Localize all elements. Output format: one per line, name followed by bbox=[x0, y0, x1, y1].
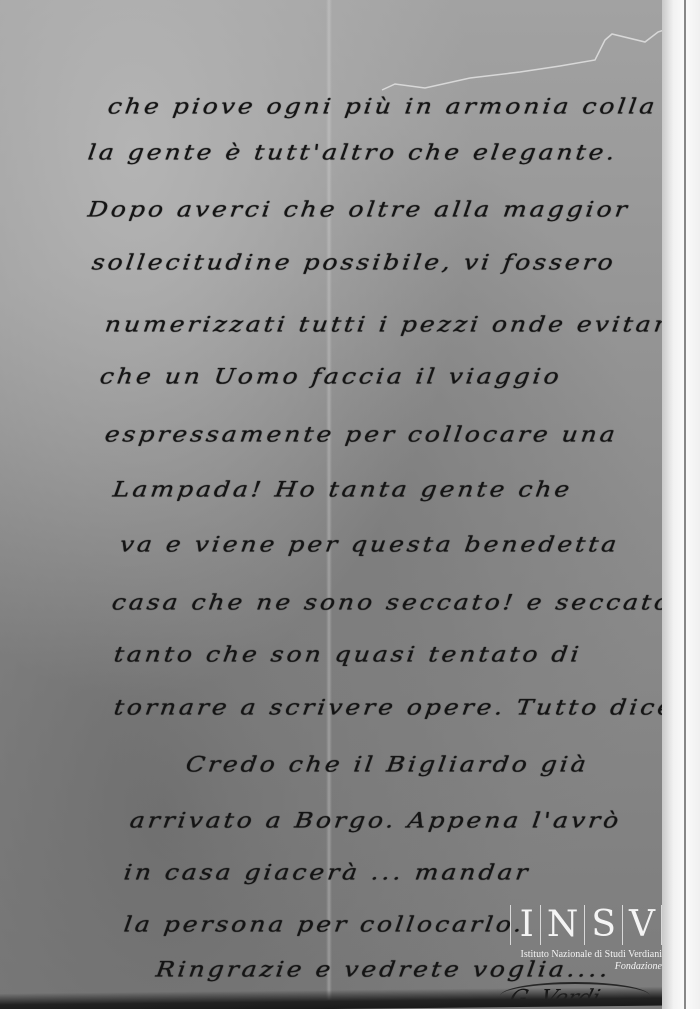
watermark-letter: N bbox=[541, 905, 586, 945]
letter-line: Credo che il Bigliardo già bbox=[184, 752, 590, 777]
letter-line: che piove ogni più in armonia colla casa… bbox=[106, 94, 700, 119]
letter-line: numerizzati tutti i pezzi onde evitare bbox=[103, 312, 688, 337]
letter-line: la gente è tutt'altro che elegante. bbox=[86, 140, 619, 165]
insv-watermark: I N S V Istituto Nazionale di Studi Verd… bbox=[510, 905, 662, 973]
letter-line: tornare a scrivere opere. Tutto dice! bbox=[112, 695, 689, 720]
watermark-subtitle: Fondazione bbox=[510, 961, 662, 972]
letter-line: che un Uomo faccia il viaggio bbox=[98, 364, 563, 389]
watermark-letter: I bbox=[514, 905, 541, 945]
letter-line: casa che ne sono seccato! e seccato bbox=[110, 590, 673, 615]
letter-line: espressamente per collocare una bbox=[103, 422, 619, 447]
letter-line: la persona per collocarlo. bbox=[122, 912, 526, 937]
letter-line: in casa giacerà ... mandar bbox=[122, 860, 532, 885]
watermark-institute-name: Istituto Nazionale di Studi Verdiani bbox=[510, 949, 662, 961]
watermark-logo: I N S V bbox=[510, 905, 662, 945]
letter-line: tanto che son quasi tentato di bbox=[112, 642, 583, 667]
letter-line: sollecitudine possibile, vi fossero bbox=[90, 250, 617, 275]
paper-crack bbox=[380, 28, 670, 98]
page-edge-line bbox=[684, 0, 686, 1009]
watermark-letter: V bbox=[623, 905, 662, 945]
letter-line: va e viene per questa benedetta bbox=[118, 532, 620, 557]
page-right-margin bbox=[662, 0, 700, 1009]
letter-line: arrivato a Borgo. Appena l'avrò bbox=[128, 808, 622, 833]
watermark-letter: S bbox=[585, 905, 623, 945]
letter-line: Dopo averci che oltre alla maggior bbox=[86, 197, 631, 222]
letter-line: Lampada! Ho tanta gente che bbox=[111, 477, 573, 502]
